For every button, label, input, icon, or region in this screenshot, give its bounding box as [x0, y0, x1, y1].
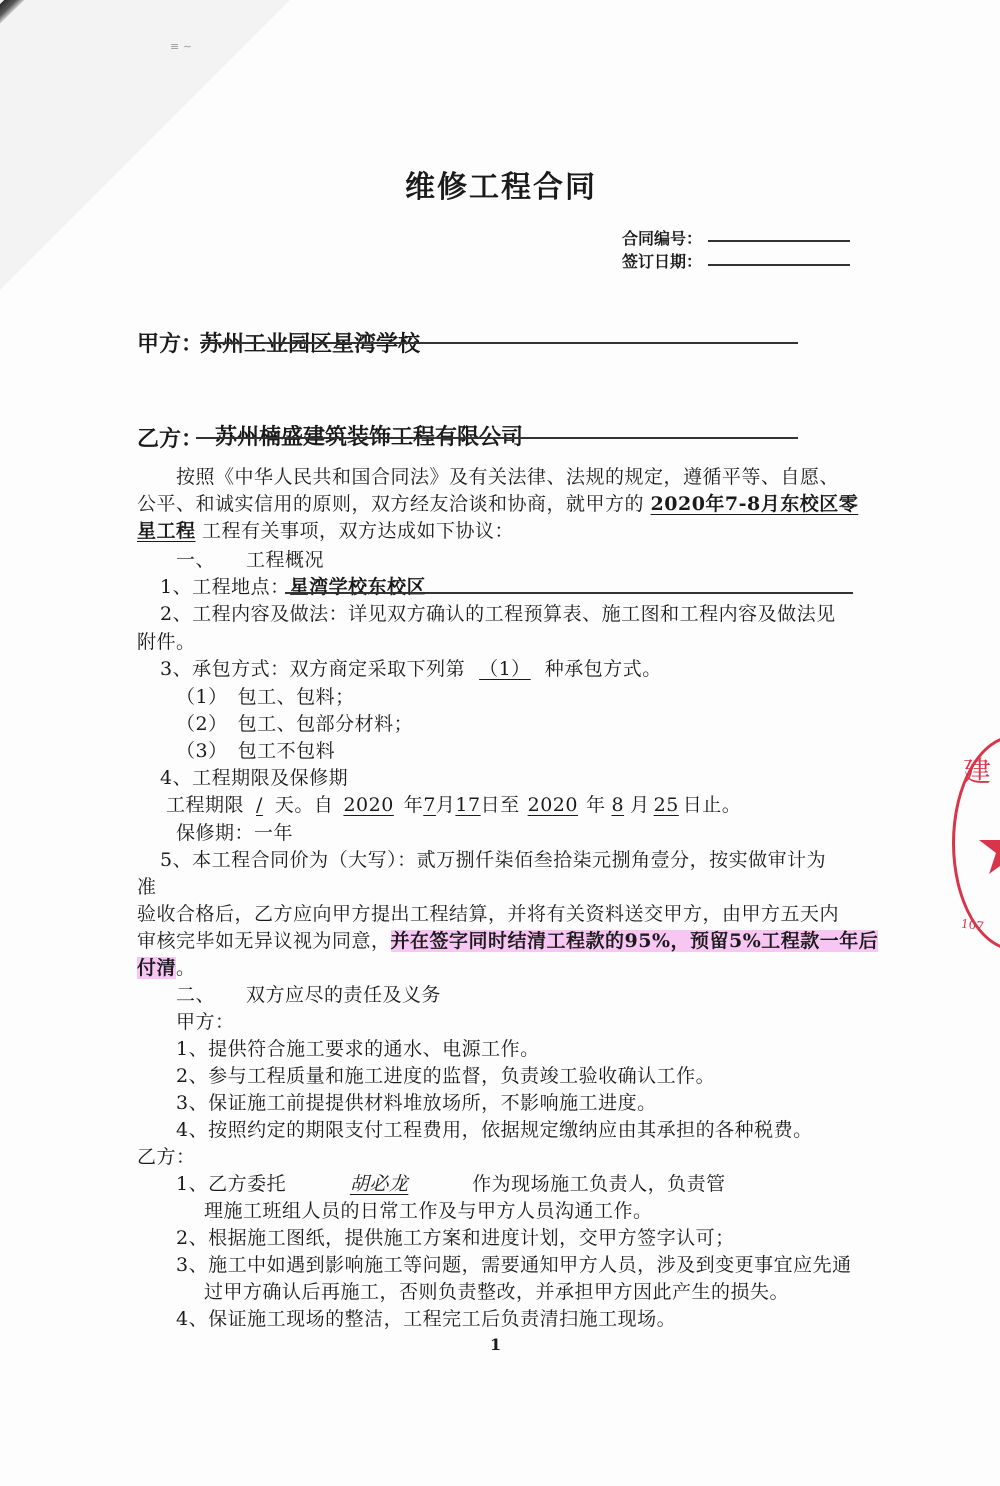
mode-option-1: （1） 包工、包料； [176, 682, 355, 709]
party-a-label: 甲方： [137, 327, 203, 358]
period-label: 工程期限 [166, 794, 244, 816]
month-label: 月 [436, 794, 456, 816]
seal-number: 107 [960, 916, 985, 933]
seal-star-icon [977, 818, 1000, 878]
party-b-duties-label: 乙方： [137, 1142, 196, 1169]
seal-character: 建 [963, 750, 991, 790]
settlement-line-1: 验收合格后，乙方应向甲方提出工程结算，并将有关资料送交甲方，由甲方五天内 [137, 899, 839, 926]
highlighted-payment-terms: 并在签字同时结清工程款的95%，预留5%工程款一年后 [391, 930, 879, 952]
from-label: 天。自 [275, 794, 334, 816]
party-b-name: 苏州楠盛建筑装饰工程有限公司 [215, 420, 523, 451]
price-line-1: 5、本工程合同价为（大写）：贰万捌仟柒佰叁拾柒元捌角壹分，按实做审计为 [160, 845, 826, 872]
intro-line-1: 按照《中华人民共和国合同法》及有关法律、法规的规定，遵循平等、自愿、 [176, 462, 839, 489]
section-1-number: 一、 [176, 545, 215, 572]
project-name-cont: 星工程 [137, 520, 196, 542]
party-b-duty-1-line-2: 理施工班组人员的日常工作及与甲方人员沟通工作。 [204, 1196, 653, 1223]
to-label: 日至 [481, 794, 520, 816]
intro-line-3: 工程有关事项，双方达成如下协议： [196, 520, 515, 542]
section-1-heading: 工程概况 [246, 545, 324, 572]
end-day: 25 [650, 794, 683, 816]
start-month: 7 [423, 794, 436, 816]
highlighted-payment-terms-cont: 付清 [137, 957, 176, 979]
warranty: 保修期：一年 [176, 818, 293, 845]
party-a-duty-4: 4、按照约定的期限支付工程费用，依据规定缴纳应由其承担的各种税费。 [176, 1115, 813, 1142]
year-label: 年 [586, 794, 606, 816]
mode-option-2: （2） 包工、包部分材料； [176, 709, 413, 736]
contract-mode-post: 种承包方式。 [545, 658, 662, 680]
party-b-duty-4: 4、保证施工现场的整洁，工程完工后负责清扫施工现场。 [176, 1304, 676, 1331]
sign-date-label: 签订日期： [622, 249, 702, 272]
mode-option-3: （3） 包工不包料 [176, 736, 335, 763]
end-month: 8 [606, 794, 631, 816]
contract-mode-label: 3、承包方式：双方商定采取下列第 [160, 658, 465, 680]
underlying-page [0, 0, 330, 330]
party-b-duty-3-line-2: 过甲方确认后再施工，否则负责整改，并承担甲方因此产生的损失。 [204, 1277, 789, 1304]
party-b-duty-1-post: 作为现场施工负责人，负责管 [472, 1173, 726, 1195]
site-label: 1、工程地点： [160, 576, 290, 598]
document-title: 维修工程合同 [405, 162, 597, 206]
contract-mode-value: （1） [465, 658, 545, 680]
start-day: 17 [455, 794, 480, 816]
sign-date-field[interactable] [708, 264, 850, 266]
end-year: 2020 [520, 794, 586, 816]
period-heading: 4、工程期限及保修期 [160, 763, 348, 790]
party-b-duty-3: 3、施工中如遇到影响施工等问题，需要通知甲方人员，涉及到变更事宜应先通 [176, 1250, 852, 1277]
content-line-1: 2、工程内容及做法：详见双方确认的工程预算表、施工图和工程内容及做法见 [160, 599, 836, 626]
party-a-duty-1: 1、提供符合施工要求的通水、电源工作。 [176, 1034, 540, 1061]
site-value: 星湾学校东校区 [290, 576, 427, 598]
section-2-number: 二、 [176, 980, 215, 1007]
contract-number-label: 合同编号： [622, 226, 702, 249]
period-mark: 。 [176, 957, 196, 979]
party-b-label: 乙方： [137, 422, 203, 453]
faint-handwriting: ≡ ∼ [170, 40, 192, 53]
site-manager-name: 胡必龙 [286, 1169, 472, 1196]
company-seal: 建 107 [952, 735, 1000, 951]
party-a-underline [200, 342, 798, 344]
period-days: / [244, 794, 275, 816]
party-b-duty-1: 1、乙方委托 [176, 1173, 286, 1195]
section-2-heading: 双方应尽的责任及义务 [246, 980, 441, 1007]
party-a-duty-3: 3、保证施工前提提供材料堆放场所，不影响施工进度。 [176, 1088, 657, 1115]
year-label: 年 [404, 794, 424, 816]
party-a-duties-label: 甲方： [176, 1007, 235, 1034]
settlement-line-2: 审核完毕如无异议视为同意， [137, 930, 391, 952]
party-b-underline [196, 437, 798, 439]
intro-line-2: 公平、和诚实信用的原则，双方经友洽谈和协商，就甲方的 [137, 493, 651, 515]
month-label: 月 [630, 794, 650, 816]
content-line-2: 附件。 [137, 627, 196, 654]
end-label: 日止。 [683, 794, 742, 816]
page-number: 1 [490, 1335, 501, 1354]
party-a-duty-2: 2、参与工程质量和施工进度的监督，负责竣工验收确认工作。 [176, 1061, 715, 1088]
contract-number-field[interactable] [708, 240, 850, 242]
site-underline [285, 592, 853, 594]
price-line-2: 准 [137, 872, 157, 899]
party-b-duty-2: 2、根据施工图纸，提供施工方案和进度计划，交甲方签字认可； [176, 1223, 735, 1250]
start-year: 2020 [333, 794, 403, 816]
project-name: 2020年7-8月东校区零 [651, 493, 859, 515]
